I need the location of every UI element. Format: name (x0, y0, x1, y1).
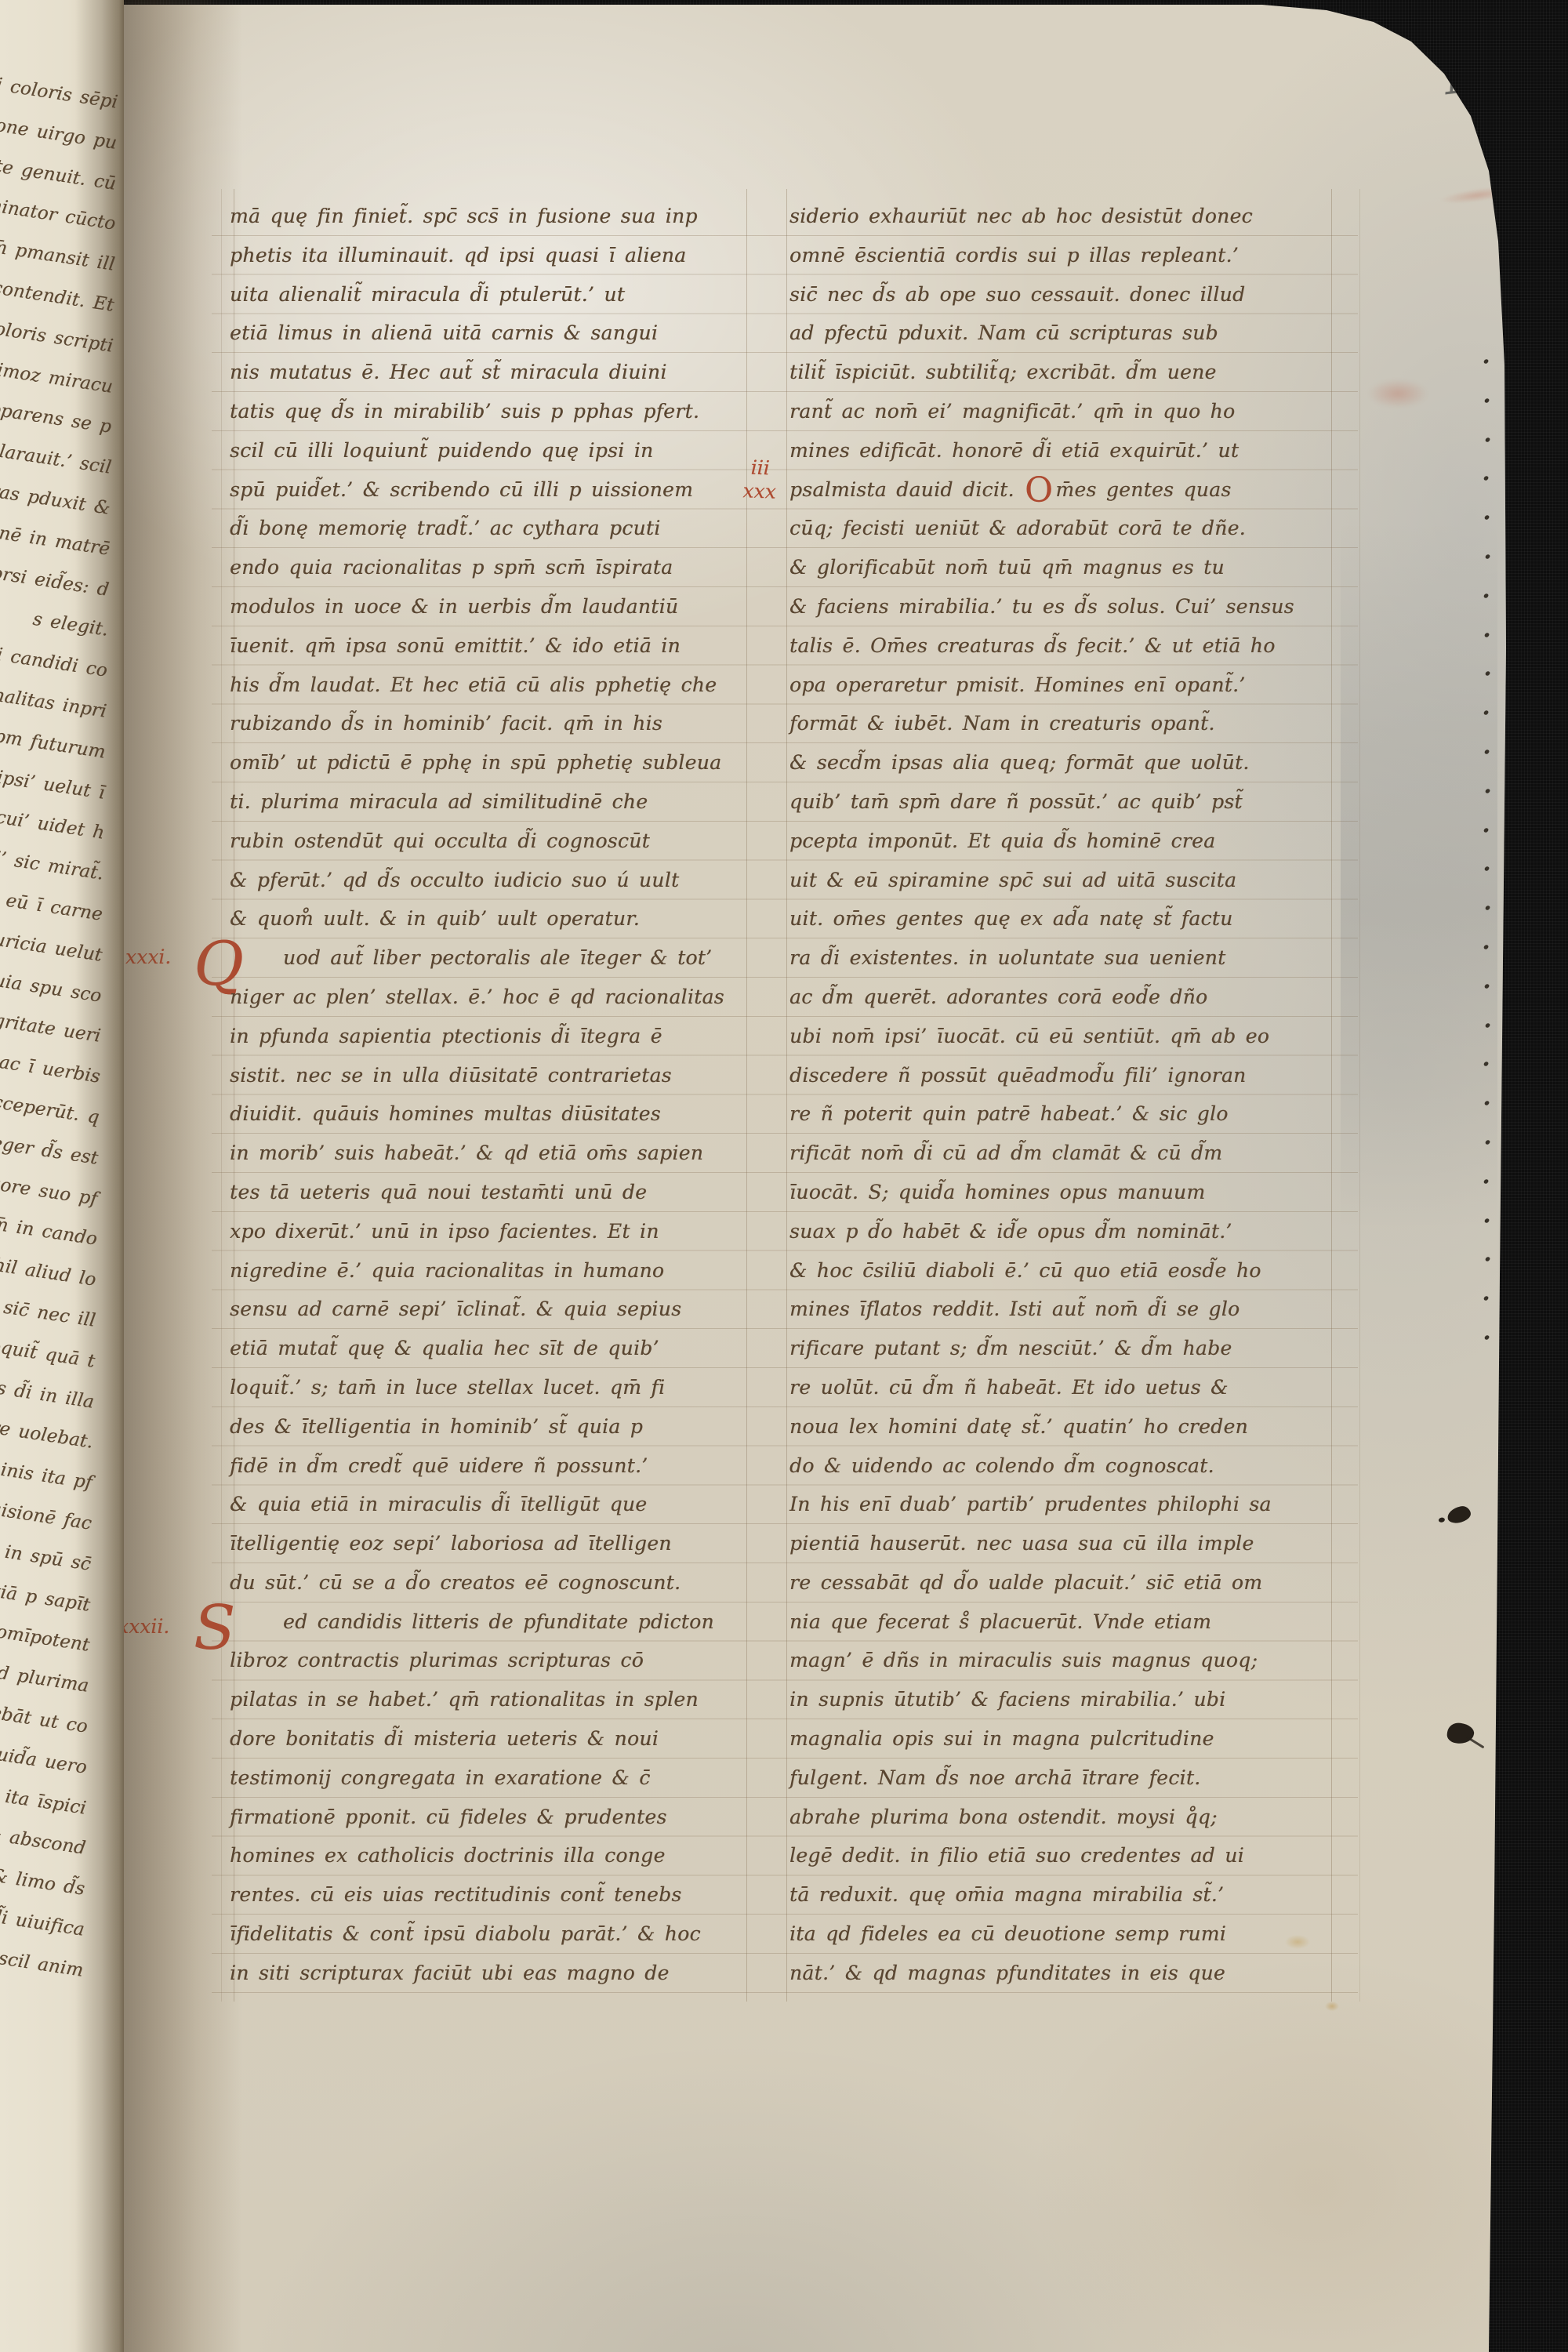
manuscript-line: etiā limus in alienā uitā carnis & sangu… (230, 314, 757, 353)
manuscript-line: īuenit. qm̄ ipsa sonū emittit.’ & ido et… (230, 626, 757, 666)
manuscript-line: Sed candidis litteris de pfunditate pdic… (230, 1602, 757, 1642)
facing-page-text-fragment: gebat qd plurima (0, 1652, 90, 1697)
facing-page-text-fragment: is creaturas pduxit & (0, 469, 111, 519)
pricking-hole (1483, 593, 1490, 599)
pricking-hole (1483, 944, 1490, 950)
manuscript-line: & glorificabūt nom̄ tuū qm̄ magnus es tu (789, 548, 1351, 587)
manuscript-line: ac d̃m querēt. adorantes corā eod̃e dño (789, 978, 1351, 1017)
facing-page-text-fragment: llo alio acceperūt. q (0, 1080, 100, 1128)
manuscript-line: ra d̃i existentes. in uoluntate sua ueni… (789, 938, 1351, 978)
chapter-number-xxxi: xxxi. (125, 946, 171, 969)
manuscript-line: homines ex catholicis doctrinis illa con… (230, 1836, 757, 1875)
manuscript-line: ad pfectū pduxit. Nam cū scripturas sub (789, 314, 1351, 353)
manuscript-line: in supnis ūtutib’ & faciens mirabilia.’ … (789, 1680, 1351, 1719)
facing-page-text-fragment: t. qm̄ nichil aliud lo (0, 1243, 97, 1291)
manuscript-line: In his enī duab’ partib’ prudentes philo… (789, 1485, 1351, 1524)
manuscript-line: uita alienalit̃ miracula d̃i ptulerūt.’ … (230, 275, 757, 314)
manuscript-line: fulgent. Nam d̃s noe archā ītrare fecit. (789, 1759, 1351, 1798)
manuscript-line: rant̃ ac nom̄ ei’ magnificāt.’ qm̄ in qu… (789, 392, 1351, 431)
manuscript-line: tes tā ueteris quā noui testam̄ti unū de (230, 1173, 757, 1212)
facing-page-text-fragment: qui tot’ īteger d̃s est (0, 1120, 100, 1169)
manuscript-line: & hoc c̄siliū diaboli ē.’ cū quo etiā eo… (789, 1251, 1351, 1290)
manuscript-line: des & ītelligentia in hominib’ st̃ quia … (230, 1407, 757, 1446)
manuscript-line: & secd̃m ipsas alia queq; formāt que uol… (789, 743, 1351, 782)
manuscript-line: phetis ita illuminauit. qd ipsi quasi ī … (230, 236, 757, 275)
manuscript-line: rubizando d̃s in hominib’ facit. qm̄ in … (230, 704, 757, 743)
manuscript-line: re ñ poterit quin patrē habeat.’ & sic g… (789, 1094, 1351, 1134)
manuscript-line: etiā mutat̃ quę & qualia hec sīt de quib… (230, 1329, 757, 1368)
chapter-number-xxxii: xxxii. (118, 1615, 169, 1639)
vertical-ruling-line (786, 189, 787, 2002)
facing-page-text-fragment: s elegit. (31, 609, 110, 641)
manuscript-line: uit & eū spiramine spc̄ sui ad uitā susc… (789, 861, 1351, 900)
pricking-hole (1484, 866, 1490, 872)
manuscript-line: libroz contractis plurimas scripturas cō (230, 1641, 757, 1680)
ink-blot (1446, 1722, 1475, 1745)
pricking-hole (1485, 670, 1491, 677)
manuscript-line: diuidit. quāuis homines multas diūsitate… (230, 1094, 757, 1134)
facing-page-text-fragment: it.’ qd tam̄ in cando (0, 1202, 98, 1250)
manuscript-line: īuocāt. S; quid̃a homines opus manuum (789, 1173, 1351, 1212)
manuscript-line: nāt.’ & qd magnas pfunditates in eis que (789, 1954, 1351, 1993)
facing-page-text-fragment: ispicere contendit. Et (0, 266, 115, 316)
manuscript-line: modulos in uoce & in uerbis d̃m laudanti… (230, 587, 757, 626)
manuscript-line: loquit̃.’ s; tam̄ in luce stellax lucet.… (230, 1368, 757, 1407)
manuscript-line: scil cū illi loquiunt̃ puidendo quę ipsi… (230, 431, 757, 470)
manuscript-line: nia que fecerat s̊ placuerūt. Vnde etiam (789, 1602, 1351, 1642)
manuscript-line: cūq; fecisti ueniūt & adorabūt corā te d… (789, 509, 1351, 548)
manuscript-line: dore bonitatis d̃i misteria ueteris & no… (230, 1719, 757, 1759)
column-right-lines: siderio exhauriūt nec ab hoc desistūt do… (789, 197, 1351, 1993)
manuscript-line: legē dedit. in filio etiā suo credentes … (789, 1836, 1351, 1875)
pricking-hole (1485, 437, 1491, 443)
manuscript-line: spū puid̃et.’ & scribendo cū illi p uiss… (230, 470, 757, 510)
manuscript-line: firmationē pponit. cū fideles & prudente… (230, 1798, 757, 1837)
manuscript-line: his d̃m laudat. Et hec etiā cū alis pphe… (230, 666, 757, 705)
vertical-ruling-line (1359, 189, 1360, 2002)
manuscript-line: & faciens mirabilia.’ tu es d̃s solus. C… (789, 587, 1351, 626)
pricking-hole (1484, 1334, 1490, 1341)
manuscript-line: ita qd fideles ea cū deuotione semp rumi (789, 1915, 1351, 1954)
pricking-hole (1484, 983, 1490, 989)
manuscript-line: magnalia opis sui in magna pulcritudine (789, 1719, 1351, 1759)
pricking-hole (1484, 397, 1490, 404)
manuscript-line: pientiā hauserūt. nec uasa sua cū illa i… (789, 1524, 1351, 1563)
manuscript-line: xpo dixerūt.’ unū in ipso facientes. Et … (230, 1212, 757, 1251)
manuscript-line: pcepta imponūt. Et quia d̃s hominē crea (789, 822, 1351, 861)
manuscript-line: in pfunda sapientia ptectionis d̃i ītegr… (230, 1017, 757, 1056)
manuscript-line: tilit̃ īspiciūt. subtilit̃q; excribāt. d… (789, 353, 1351, 392)
pricking-hole (1485, 1022, 1491, 1029)
chapter-number-xxx: xxx (742, 479, 776, 503)
manuscript-line: fidē in d̃m credt̃ quē uidere ñ possunt.… (230, 1446, 757, 1486)
manuscript-line: talis ē. Om̄es creaturas d̃s fecit.’ & u… (789, 626, 1351, 666)
pricking-hole (1485, 788, 1491, 794)
manuscript-line: & pferūt.’ qd d̃s occulto iudicio suo ú … (230, 861, 757, 900)
manuscript-line: discedere ñ possūt quēadmod̃u fili’ igno… (789, 1056, 1351, 1095)
facing-page-text-fragment: atē hominis ita pf (0, 1448, 94, 1494)
manuscript-line: suax p d̃o habēt & id̃e opus d̃m nomināt… (789, 1212, 1351, 1251)
manuscript-line: niger ac plen’ stellax. ē.’ hoc ē qd rac… (230, 978, 757, 1017)
pricking-hole (1483, 710, 1490, 716)
column-left-lines: mā quę fin finiet̃. spc̄ scs̄ in fusione… (230, 197, 757, 1993)
manuscript-line: sensu ad carnē sepi’ īclinat̃. & quia se… (230, 1290, 757, 1329)
facing-page-text-fragment: ficauit.’ quid̃a uero (0, 1731, 89, 1778)
facing-page-text-fragment: la dorsi eid̃es: d (0, 557, 111, 601)
manuscript-line: ti. plurima miracula ad similitudinē che (230, 782, 757, 822)
manuscript-line: tatis quę d̃s in mirabilib’ suis p pphas… (230, 392, 757, 431)
facing-page-text-fragment: īteg̊ lapidi candidi co (0, 631, 109, 681)
pricking-hole (1484, 632, 1490, 638)
pricking-hole (1484, 1100, 1490, 1106)
manuscript-line: pilatas in se habet.’ qm̄ rationalitas i… (230, 1680, 757, 1719)
manuscript-line: do & uidendo ac colendo d̃m cognoscat. (789, 1446, 1351, 1486)
manuscript-line: sic̄ nec d̃s ab ope suo cessauit. donec … (789, 275, 1351, 314)
manuscript-line: quib’ tam̄ spm̄ dare ñ possūt.’ ac quib’… (789, 782, 1351, 822)
pricking-hole (1483, 827, 1490, 833)
manuscript-line: īfidelitatis & cont̃ ipsū diabolu parāt.… (230, 1915, 757, 1954)
manuscript-page: 155 mā quę fin finiet̃. spc̄ scs̄ in fus… (102, 5, 1513, 2352)
facing-page-text-fragment: r reuelare uolebat. (0, 1406, 95, 1454)
manuscript-line: rubin ostendūt qui occulta d̃i cognoscūt (230, 822, 757, 861)
facing-page-text-fragment: luminati. in spū sc̄ (0, 1528, 93, 1574)
manuscript-line: ītelligentię eoz sepi’ laboriosa ad ītel… (230, 1524, 757, 1563)
pricking-hole (1485, 1256, 1491, 1262)
facing-page-text-fragment: hac nec illac ī uerbis (0, 1037, 101, 1087)
manuscript-line: magn’ ē dñs in miraculis suis magnus quo… (789, 1641, 1351, 1680)
manuscript-line: endo quia racionalitas p spm̄ scm̄ īspir… (230, 548, 757, 587)
facing-page-text-fragment: āt. qm̄ omīpotent (0, 1612, 91, 1657)
manuscript-line: nigredine ē.’ quia racionalitas in human… (230, 1251, 757, 1290)
manuscript-line: rificare putant s; d̃m nesciūt.’ & d̃m h… (789, 1329, 1351, 1368)
facing-page-edge: a saphirini coloris sēpianifestatione ui… (0, 0, 124, 2352)
ink-blot (1446, 1504, 1472, 1525)
facing-page-text-fragment: a saphirini coloris sēpi (0, 60, 119, 113)
pricking-hole (1483, 1178, 1490, 1185)
pricking-hole (1483, 358, 1490, 365)
manuscript-line: & quom̊ uult. & in quib’ uult operatur. (230, 899, 757, 938)
red-ink-offset-ghost (1355, 373, 1441, 414)
manuscript-line: rentes. cū eis uias rectitudinis cont̃ t… (230, 1875, 757, 1915)
facing-page-text-fragment: liquid loquit̃ quā t (0, 1326, 96, 1371)
pricking-hole (1485, 554, 1491, 560)
gray-smudge-stain (1341, 522, 1497, 1228)
manuscript-line: abrahe plurima bona ostendit. moysi q̊q; (789, 1798, 1351, 1837)
manuscript-line: re uolūt. cū d̃m ñ habeāt. Et ido uetus … (789, 1368, 1351, 1407)
manuscript-line: noua lex homini datę st̃.’ quatin’ ho cr… (789, 1407, 1351, 1446)
manuscript-line: uit. om̄es gentes quę ex ad̃a natę st̃ f… (789, 899, 1351, 938)
manuscript-line: omīb’ ut pdictū ē pphę in spū pphetię su… (230, 743, 757, 782)
manuscript-line: mā quę fin finiet̃. spc̄ scs̄ in fusione… (230, 197, 757, 236)
rubric-initial: O (1025, 470, 1053, 510)
chapter-number-xxx-top: iii (743, 456, 777, 480)
facing-page-text-fragment: & digitus d̃i in illa (0, 1366, 96, 1412)
pricking-hole (1483, 1295, 1490, 1301)
manuscript-line: in siti scripturax faciūt ubi eas magno … (230, 1954, 757, 1993)
manuscript-line: du sūt.’ cū se a d̃o creatos eē cognoscu… (230, 1563, 757, 1602)
yellow-stain (1322, 1999, 1342, 2013)
manuscript-line: mines edificāt. honorē d̃i etiā exquirūt… (789, 431, 1351, 470)
manuscript-line: re cessabāt qd d̃o ualde placuit.’ sic̄ … (789, 1563, 1351, 1602)
pricking-hole (1483, 1061, 1490, 1067)
manuscript-line: psalmista dauid dicit. Om̄es gentes quas (789, 470, 1351, 510)
manuscript-line: mines īflatos reddit. Isti aut̃ nom̄ d̃i… (789, 1290, 1351, 1329)
vertical-ruling-line (221, 189, 222, 2002)
manuscript-line: siderio exhauriūt nec ab hoc desistūt do… (789, 197, 1351, 236)
manuscript-line: d̃i bonę memorię tradt̃.’ ac cythara pcu… (230, 509, 757, 548)
manuscript-line: & quia etiā in miraculis d̃i ītelligūt q… (230, 1485, 757, 1524)
manuscript-line: testimonij congregata in exaratione & c̄ (230, 1759, 757, 1798)
pricking-hole (1483, 475, 1490, 481)
pricking-hole (1484, 749, 1490, 755)
facing-page-text-fragment: bat. Et etiā p sapīt (0, 1568, 92, 1615)
manuscript-line: Quod aut̃ liber pectoralis ale īteger & … (230, 938, 757, 978)
manuscript-line: sistit. nec se in ulla diūsitatē contrar… (230, 1056, 757, 1095)
facing-page-text-fragment: ā hoc p uisionē fac (0, 1487, 93, 1534)
manuscript-line: tā reduxit. quę om̄ia magna mirabilia st… (789, 1875, 1351, 1915)
pricking-hole (1484, 1218, 1490, 1224)
pricking-hole (1484, 514, 1490, 521)
manuscript-line: in morib’ suis habeāt.’ & qd etiā om̄s s… (230, 1134, 757, 1173)
pricking-hole (1485, 1139, 1491, 1145)
manuscript-line: ubi nom̄ ipsi’ īuocāt. cū eū sentiūt. qm… (789, 1017, 1351, 1056)
manuscript-line: opa operaretur pmisit. Homines enī opant… (789, 666, 1351, 705)
facing-page-text-fragment: irginitate genuit. cū (0, 146, 118, 194)
facing-page-text-fragment: cē ita qua & limo d̃s (0, 1850, 86, 1900)
manuscript-line: nis mutatus ē. Hec aut̃ st̃ miracula diu… (230, 353, 757, 392)
manuscript-line: rificāt nom̄ d̃i cū ad d̃m clamāt & cū d… (789, 1134, 1351, 1173)
pricking-hole (1485, 905, 1491, 911)
manuscript-line: omnē ēscientiā cordis sui p illas replea… (789, 236, 1351, 275)
manuscript-line: formāt & iubēt. Nam in creaturis opant̃. (789, 704, 1351, 743)
